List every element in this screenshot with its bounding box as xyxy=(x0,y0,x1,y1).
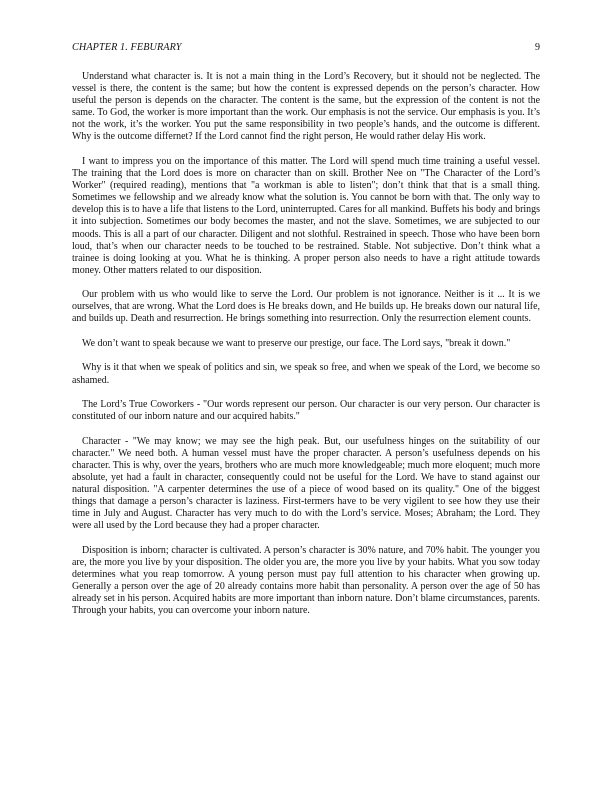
paragraph-importance: I want to impress you on the importance … xyxy=(72,156,540,277)
paragraph-ashamed: Why is it that when we speak of politics… xyxy=(72,362,540,386)
running-header: CHAPTER 1. FEBURARY 9 xyxy=(72,42,540,56)
paragraph-prestige: We don’t want to speak because we want t… xyxy=(72,338,540,350)
document-body: Understand what character is. It is not … xyxy=(72,71,540,617)
paragraph-character-definition: Understand what character is. It is not … xyxy=(72,71,540,144)
page-number: 9 xyxy=(535,42,540,53)
paragraph-true-coworkers: The Lord’s True Coworkers - "Our words r… xyxy=(72,399,540,423)
paragraph-our-problem: Our problem with us who would like to se… xyxy=(72,289,540,325)
chapter-title: CHAPTER 1. FEBURARY xyxy=(72,42,182,53)
document-page: CHAPTER 1. FEBURARY 9 Understand what ch… xyxy=(72,42,540,630)
paragraph-disposition: Disposition is inborn; character is cult… xyxy=(72,545,540,618)
paragraph-character-quote: Character - "We may know; we may see the… xyxy=(72,436,540,533)
